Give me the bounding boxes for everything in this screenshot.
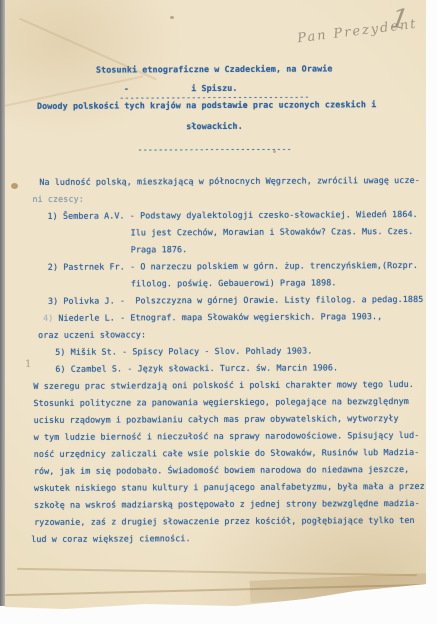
document-scan: Pan Prezydent 1 1 Stosunki etnograficzne… <box>0 0 437 624</box>
intro-line: Na ludność polską, mieszkającą w północn… <box>39 175 420 187</box>
document-title-line1: Stosunki etnograficzne w Czadeckiem, na … <box>4 63 425 75</box>
paragraph-line: ucisku rządowym i pozbawianiu całych mas… <box>34 413 399 425</box>
bibliography-item: 6) Czambel S. - Język słowacki. Turcz. ś… <box>55 362 338 373</box>
bibliography-item: 4)Niederle L. - Etnograf. mapa Słowaków … <box>43 311 382 323</box>
bibliography-item: 2) Pastrnek Fr. - O narzeczu polskiem w … <box>48 260 418 272</box>
paragraph-line: W szeregu prac stwierdzają oni polskość … <box>33 379 414 391</box>
typed-text-layer: Stosunki etnograficzne w Czadeckiem, na … <box>3 0 427 614</box>
bibliography-item: 1) Šembera A.V. - Podstawy dyalektologji… <box>47 209 417 221</box>
faded-item-number: 4) <box>43 313 53 323</box>
bibliography-item-continuation: Ilu jest Czechów, Morawian i Słowaków? C… <box>131 226 414 237</box>
bibliography-item-continuation: Praga 1876. <box>131 244 188 254</box>
paragraph-line: ność urzędnicy zaliczali całe wsie polsk… <box>34 447 420 459</box>
bibliography-section-label: oraz uczeni słowaccy: <box>38 329 146 340</box>
paragraph-line: lud w coraz większej ciemności. <box>31 533 190 544</box>
bibliography-item: 5) Mišik St. - Spiscy Polacy - Slov. Poh… <box>55 345 312 356</box>
bibliography-item-text: Niederle L. - Etnograf. mapa Słowaków wę… <box>58 311 382 323</box>
bibliography-item: 3) Polivka J. - Polszczyzna w górnej Ora… <box>48 294 423 306</box>
paragraph-line: ryzowanie, zaś z drugiej słowaczenie prz… <box>34 515 415 527</box>
paragraph-line: wskutek niskiego stanu kultury i panując… <box>34 481 425 493</box>
paragraph-line: rów, jak im się podobało. Świadomość bow… <box>34 464 409 476</box>
bibliography-item-continuation: filolog. poświę. Gebauerowi) Praga 1898. <box>131 277 337 288</box>
subtitle-underline: ------------------------------ <box>4 143 425 155</box>
paragraph-line: szkołę na wskroś madziarską postępowało … <box>34 498 420 510</box>
intro-line: ni czescy: <box>32 194 83 204</box>
document-subtitle-line2: słowackich. <box>4 120 425 132</box>
paragraph-line: Stosunki polityczne za panowania węgiers… <box>33 396 408 408</box>
paragraph-line: w tym ludzie bierność i nieczułość na sp… <box>34 430 420 442</box>
document-subtitle-line1: Dowody polskości tych krajów na podstawi… <box>37 99 376 111</box>
